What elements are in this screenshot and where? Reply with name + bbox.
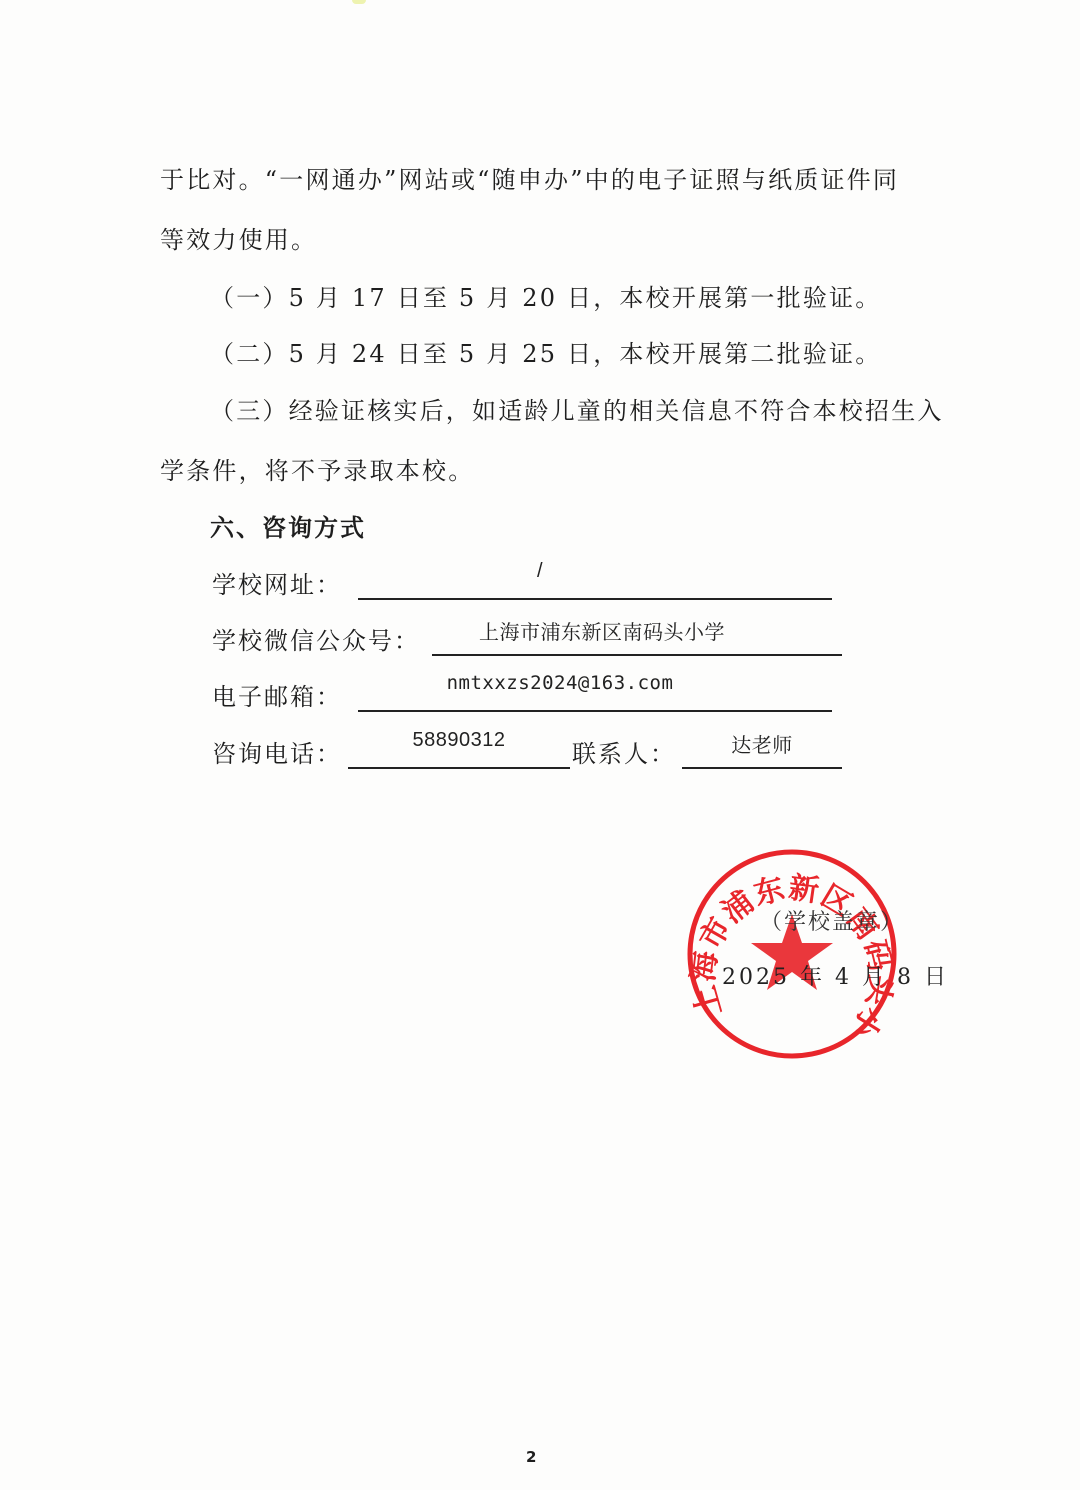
email-field: 电子邮箱： nmtxxzs2024@163.com bbox=[212, 678, 832, 712]
list-item-2: （二）5 月 24 日至 5 月 25 日，本校开展第二批验证。 bbox=[210, 338, 881, 370]
paragraph-line: 于比对。“一网通办”网站或“随申办”中的电子证照与纸质证件同 bbox=[160, 164, 899, 196]
contact-person-label: 联系人： bbox=[572, 734, 676, 769]
phone-line: 58890312 bbox=[348, 737, 570, 769]
page-number: 2 bbox=[526, 1448, 536, 1466]
email-line: nmtxxzs2024@163.com bbox=[358, 680, 832, 712]
wechat-line: 上海市浦东新区南码头小学 bbox=[432, 624, 842, 656]
signature-date: 2025 年 4 月 8 日 bbox=[722, 960, 949, 991]
school-seal-icon: 上海市浦东新区南码头小学 bbox=[686, 848, 898, 1060]
phone-value: 58890312 bbox=[348, 729, 570, 752]
scan-artifact bbox=[352, 0, 366, 4]
wechat-value: 上海市浦东新区南码头小学 bbox=[362, 616, 842, 645]
website-line: / bbox=[358, 568, 832, 600]
phone-field: 咨询电话： 58890312 联系人： 达老师 bbox=[212, 735, 842, 769]
website-value: / bbox=[248, 560, 832, 583]
paragraph-line: 等效力使用。 bbox=[160, 224, 317, 256]
list-item-1: （一）5 月 17 日至 5 月 20 日，本校开展第一批验证。 bbox=[210, 282, 881, 314]
wechat-field: 学校微信公众号： 上海市浦东新区南码头小学 bbox=[212, 622, 842, 656]
section-heading: 六、咨询方式 bbox=[210, 512, 366, 544]
list-item-3-continued: 学条件，将不予录取本校。 bbox=[160, 455, 474, 487]
seal-caption: （学校盖章） bbox=[760, 905, 904, 936]
phone-label: 咨询电话： bbox=[212, 734, 342, 769]
contact-person-line: 达老师 bbox=[682, 737, 842, 769]
contact-person-value: 达老师 bbox=[682, 729, 842, 758]
email-value: nmtxxzs2024@163.com bbox=[288, 672, 832, 694]
list-item-3: （三）经验证核实后，如适龄儿童的相关信息不符合本校招生入 bbox=[210, 395, 944, 427]
website-field: 学校网址： / bbox=[212, 566, 832, 600]
